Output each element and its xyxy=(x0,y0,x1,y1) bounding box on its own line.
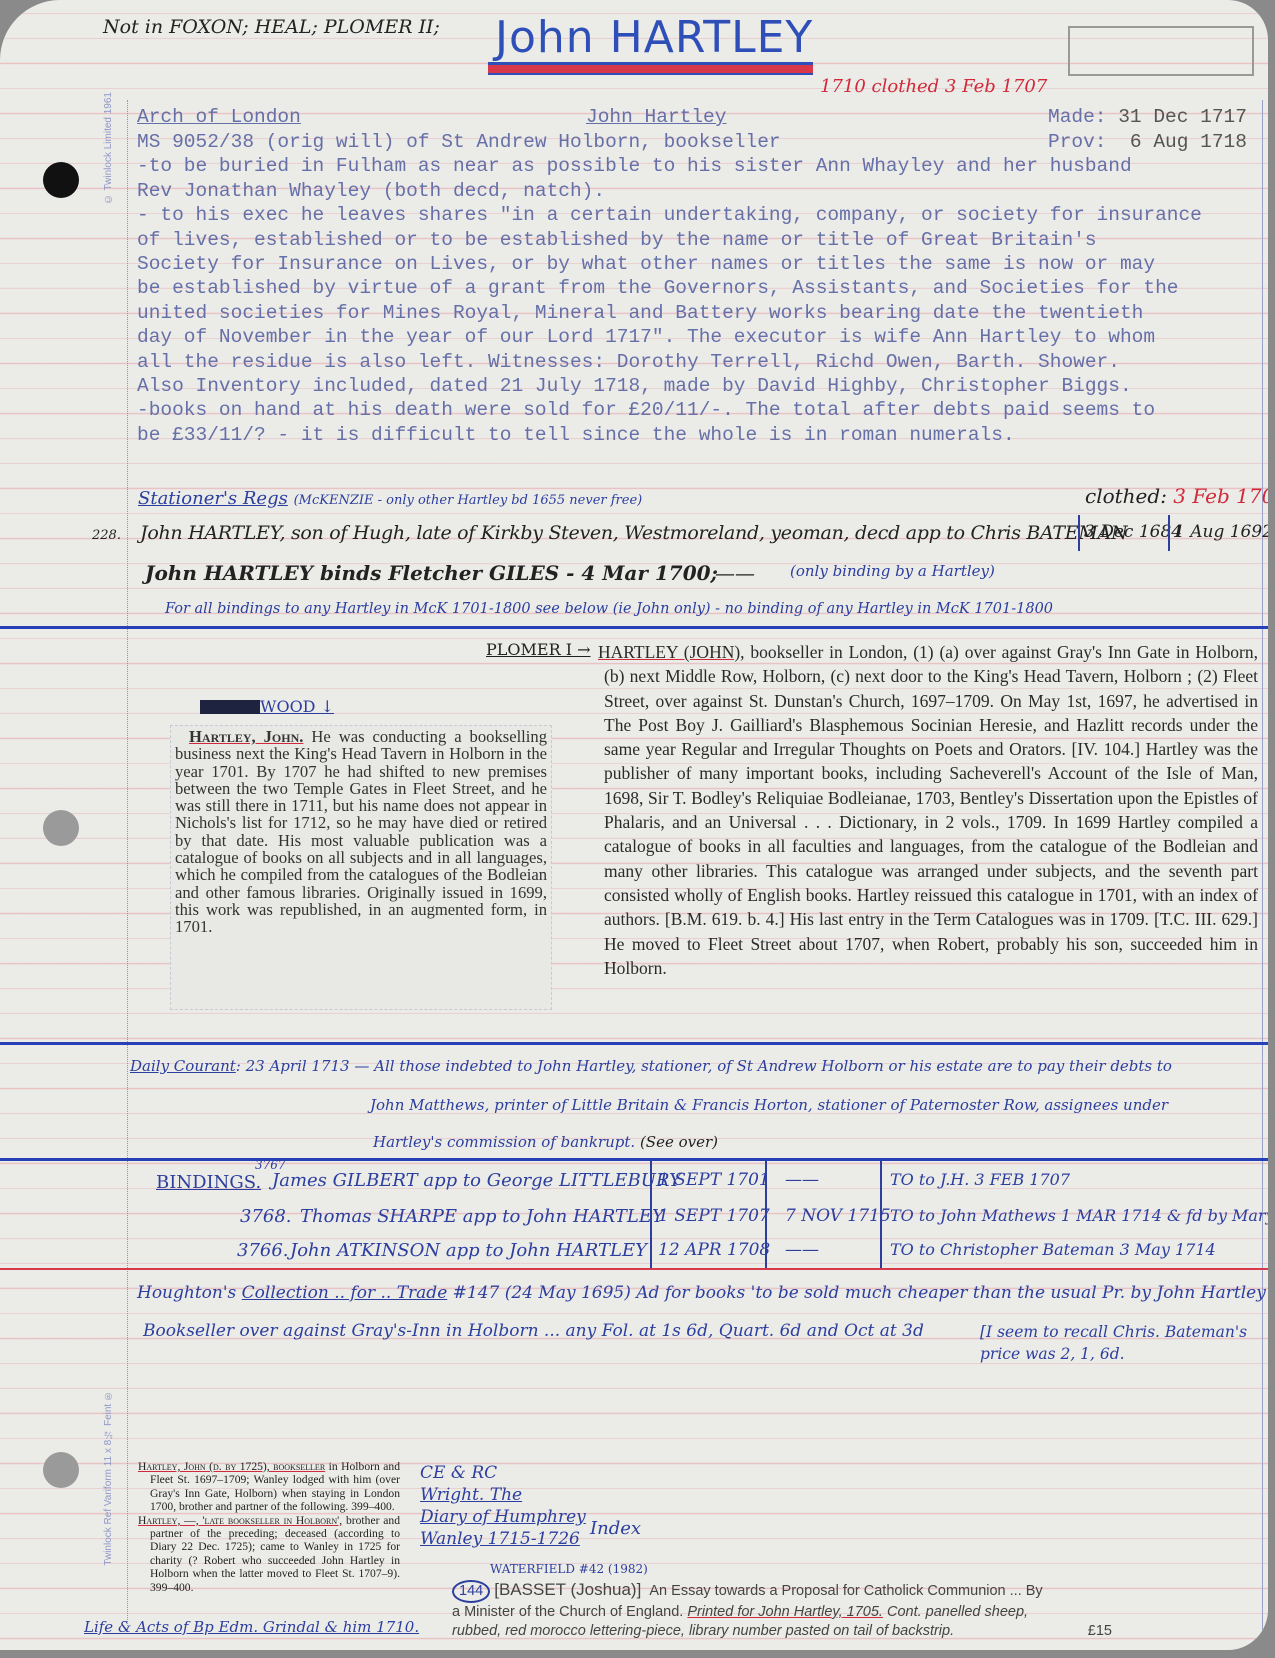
basset-text-2c: Cont. panelled sheep, xyxy=(887,1604,1028,1620)
made-date: 31 Dec 1717 xyxy=(1118,106,1247,128)
binding-text: John ATKINSON app to John HARTLEY xyxy=(290,1240,647,1261)
will-line: all the residue is also left. Witnesses:… xyxy=(137,350,1202,374)
will-line: - to his exec he leaves shares "in a cer… xyxy=(137,203,1202,227)
will-line: of lives, established or to be establish… xyxy=(137,228,1202,252)
clothed-note: 1710 clothed 3 Feb 1707 xyxy=(820,76,1047,97)
section-divider xyxy=(0,626,1268,629)
wood-clipping: Hartley, John. He was conducting a books… xyxy=(170,725,552,1010)
will-line: MS 9052/38 (orig will) of St Andrew Holb… xyxy=(137,130,1202,154)
will-text: MS 9052/38 (orig will) of St Andrew Holb… xyxy=(137,130,1202,447)
redaction-mark xyxy=(200,700,260,714)
life-note: Life & Acts of Bp Edm. Grindal & him 171… xyxy=(84,1618,419,1636)
section-divider xyxy=(0,1268,1268,1270)
bindings-heading: BINDINGS. xyxy=(156,1172,261,1193)
binding-number: 3766. xyxy=(237,1240,289,1261)
card-imprint-bottom: Twinlock Ref Variform 11 x 8½ Feint ® xyxy=(103,1390,114,1566)
houghton-text-1: #147 (24 May 1695) Ad for books 'to be s… xyxy=(453,1283,1266,1303)
courant-text-3: Hartley's commission of bankrupt. xyxy=(373,1133,635,1151)
basset-price: £15 xyxy=(1088,1622,1112,1641)
section-divider xyxy=(0,1158,1268,1161)
binding-note: TO to J.H. 3 FEB 1707 xyxy=(890,1170,1070,1189)
will-line: be established by virtue of a grant from… xyxy=(137,276,1202,300)
column-divider xyxy=(1168,515,1170,551)
houghton-line2: Bookseller over against Gray's-Inn in Ho… xyxy=(143,1321,924,1341)
wood-text: He was conducting a bookselling business… xyxy=(175,727,547,936)
will-line: day of November in the year of our Lord … xyxy=(137,325,1202,349)
wanley-ref-line: Wright. The xyxy=(420,1484,586,1506)
will-line: Also Inventory included, dated 21 July 1… xyxy=(137,374,1202,398)
will-line: -to be buried in Fulham as near as possi… xyxy=(137,154,1202,178)
binding-text: Thomas SHARPE app to John HARTLEY xyxy=(300,1206,664,1227)
courant-source: Daily Courant xyxy=(130,1057,236,1075)
will-made: Made: 31 Dec 1717 xyxy=(1048,105,1247,129)
binding-note: TO to John Mathews 1 MAR 1714 & fd by Ma… xyxy=(890,1206,1268,1225)
binding-bound-date: 1 SEPT 1701 xyxy=(658,1170,770,1190)
binding-text: James GILBERT app to George LITTLEBURY xyxy=(272,1170,681,1191)
binding-free-date: —— xyxy=(785,1170,819,1190)
courant-line2: John Matthews, printer of Little Britain… xyxy=(370,1096,1168,1114)
plomer-headword: HARTLEY (JOHN), xyxy=(598,642,745,662)
wanley-index: Index xyxy=(590,1518,641,1539)
stationers-clothed: clothed: 3 Feb 1707 xyxy=(1085,484,1268,508)
houghton-aside: [I seem to recall Chris. Bateman's price… xyxy=(980,1321,1250,1365)
lot-number: 144 xyxy=(452,1580,490,1603)
column-divider xyxy=(650,1160,652,1268)
clothed-date: 3 Feb 1707 xyxy=(1173,484,1268,508)
column-divider xyxy=(765,1160,767,1268)
houghton-source: Houghton's xyxy=(137,1283,236,1303)
wanley-head-1: Hartley, John (d. by 1725), bookseller xyxy=(138,1460,325,1473)
will-line: Society for Insurance on Lives, or by wh… xyxy=(137,252,1202,276)
plomer-text: bookseller in London, (1) (a) over again… xyxy=(604,642,1258,978)
stationers-heading-label: Stationer's Regs xyxy=(138,488,288,509)
not-in-note: Not in FOXON; HEAL; PLOMER II; xyxy=(103,16,440,38)
entry-text: John HARTLEY, son of Hugh, late of Kirkb… xyxy=(140,522,1127,544)
binding-bound-date: 1 SEPT 1707 xyxy=(658,1206,770,1226)
column-divider xyxy=(880,1160,882,1268)
binding-free-date: 7 NOV 1715 xyxy=(785,1206,891,1226)
binds-dash: —— xyxy=(715,561,755,585)
stationers-heading-note: (McKENZIE - only other Hartley bd 1655 n… xyxy=(294,493,643,508)
will-line: -books on hand at his death were sold fo… xyxy=(137,398,1202,422)
stationers-heading: Stationer's Regs (McKENZIE - only other … xyxy=(138,488,642,509)
will-name: John Hartley xyxy=(586,105,726,129)
title-underline xyxy=(488,62,813,75)
basset-text-2a: a Minister of the Church of England. xyxy=(452,1604,683,1620)
houghton-line1: Houghton's Collection .. for .. Trade #1… xyxy=(137,1283,1266,1303)
column-divider xyxy=(1078,515,1080,551)
basset-text-3: rubbed, red morocco lettering-piece, lib… xyxy=(452,1623,954,1639)
made-label: Made: xyxy=(1048,106,1107,128)
entry-free: 1 Aug 1692 xyxy=(1174,522,1268,542)
courant-line3: Hartley's commission of bankrupt. (See o… xyxy=(373,1133,718,1151)
will-source: Arch of London xyxy=(137,105,301,129)
wood-label: WOOD ↓ xyxy=(260,697,334,716)
binding-note: TO to Christopher Bateman 3 May 1714 xyxy=(890,1240,1216,1259)
binding-number: 3768. xyxy=(240,1206,292,1227)
will-line: united societies for Mines Royal, Minera… xyxy=(137,301,1202,325)
punch-hole xyxy=(43,1452,79,1488)
wanley-ref-line: CE & RC xyxy=(420,1462,586,1484)
binding-free-date: —— xyxy=(785,1240,819,1260)
wood-headword: Hartley, John. xyxy=(189,727,303,746)
entry-number: 228. xyxy=(92,528,121,543)
index-card: © Twinlock Limited 1961 Twinlock Ref Var… xyxy=(0,0,1268,1650)
wanley-reference: CE & RCWright. TheDiary of HumphreyWanle… xyxy=(420,1462,586,1550)
margin-line xyxy=(127,100,128,1630)
courant-date: : 23 April 1713 — xyxy=(236,1057,370,1075)
punch-hole xyxy=(43,162,79,198)
courant-line1: Daily Courant: 23 April 1713 — All those… xyxy=(130,1057,1172,1075)
wanley-clipping: Hartley, John (d. by 1725), bookseller i… xyxy=(138,1460,400,1594)
binds-note: (only binding by a Hartley) xyxy=(790,562,995,580)
will-line: be £33/11/? - it is difficult to tell si… xyxy=(137,423,1202,447)
houghton-title: Collection .. for .. Trade xyxy=(242,1283,448,1303)
wanley-ref-line: Diary of Humphrey xyxy=(420,1506,586,1528)
plomer-label: PLOMER I → xyxy=(486,640,591,659)
basset-clipping: 144 [BASSET (Joshua)] An Essay towards a… xyxy=(452,1580,1132,1641)
binds-text: John HARTLEY binds Fletcher GILES - 4 Ma… xyxy=(145,561,718,585)
will-line: Rev Jonathan Whayley (both decd, natch). xyxy=(137,179,1202,203)
right-margin-line xyxy=(1262,100,1263,1630)
plomer-clipping: HARTLEY (JOHN), bookseller in London, (1… xyxy=(604,640,1258,980)
punch-hole xyxy=(43,810,79,846)
see-over: (See over) xyxy=(640,1133,718,1151)
basset-text-1: An Essay towards a Proposal for Catholic… xyxy=(649,1583,1042,1599)
stationers-note: For all bindings to any Hartley in McK 1… xyxy=(165,601,1053,617)
wanley-head-2: Hartley, —, 'late bookseller in Holborn'… xyxy=(138,1514,342,1527)
section-divider xyxy=(0,1042,1268,1045)
clothed-label: clothed: xyxy=(1085,484,1167,508)
basset-author: [BASSET (Joshua)] xyxy=(494,1580,641,1599)
basset-imprint: Printed for John Hartley, 1705. xyxy=(687,1604,883,1620)
index-box xyxy=(1068,26,1254,76)
page-title: John HARTLEY xyxy=(495,12,813,63)
basset-note: WATERFIELD #42 (1982) xyxy=(490,1562,648,1576)
courant-text-1: All those indebted to John Hartley, stat… xyxy=(374,1057,1172,1075)
wanley-ref-line: Wanley 1715-1726 xyxy=(420,1528,586,1550)
card-imprint-top: © Twinlock Limited 1961 xyxy=(103,92,114,204)
binding-bound-date: 12 APR 1708 xyxy=(658,1240,770,1260)
